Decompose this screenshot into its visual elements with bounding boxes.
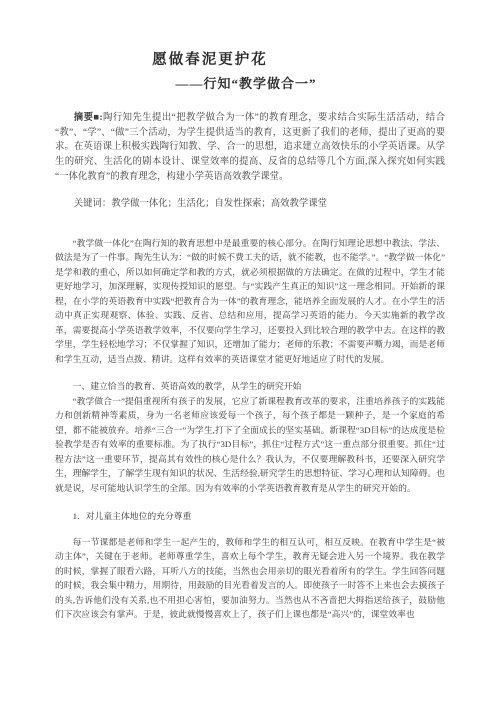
paragraph-section-1: “教学做合一”提倡重视所有孩子的发展，它应了新课程教育改革的要求，注重培养孩子的… <box>55 394 445 496</box>
keywords-line: 关键词：教学做一体化；生活化；自发性探索；高效教学课堂 <box>55 197 445 212</box>
document-title: 愿做春泥更护花 <box>15 52 405 69</box>
subsection-heading-1: 1．对儿童主体地位的充分尊重 <box>55 509 445 524</box>
keywords-text: 教学做一体化；生活化；自发性探索；高效教学课堂 <box>111 199 327 209</box>
document-subtitle: ——行知“教学做合一” <box>51 76 441 92</box>
abstract-text: 陶行知先生提出“把教学做合为一体”的教育理念，要求结合实际生活活动，结合“教”、… <box>55 113 445 182</box>
document-page: 愿做春泥更护花 ——行知“教学做合一” 摘要■:陶行知先生提出“把教学做合为一体… <box>0 0 500 707</box>
abstract-paragraph: 摘要■:陶行知先生提出“把教学做合为一体”的教育理念，要求结合实际生活活动，结合… <box>55 111 445 185</box>
paragraph-subsection-1: 每一节课都是老师和学生一起产生的，教师和学生的相互认可，相互反映。在教育中学生是… <box>55 535 445 622</box>
abstract-label: 摘要■: <box>74 113 103 123</box>
section-heading-1: 一、建立恰当的教育、英语高效的教学，从学生的研究开始 <box>55 379 445 394</box>
keywords-label: 关键词： <box>74 199 112 209</box>
paragraph-intro: “教学做一体化”在陶行知的教育思想中是最重要的核心部分。在陶行知理论思想中教法、… <box>55 236 445 367</box>
